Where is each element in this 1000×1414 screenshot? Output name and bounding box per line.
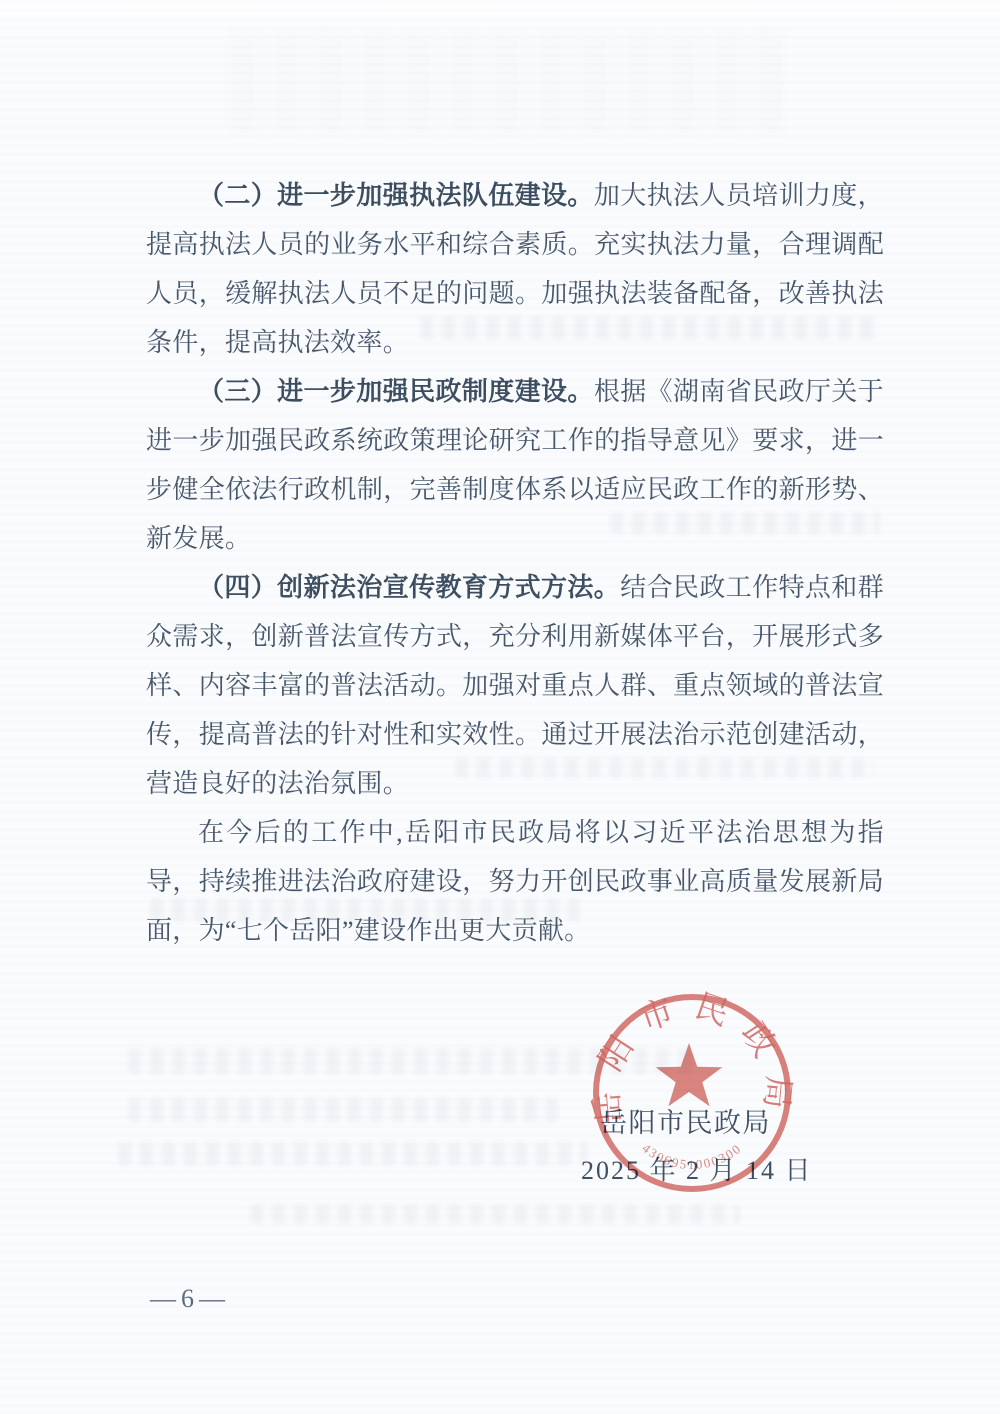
paragraph-heading: （二）进一步加强执法队伍建设。 [198, 181, 594, 210]
bleed-through-artifact [230, 25, 790, 135]
body-paragraph: （三）进一步加强民政制度建设。根据《湖南省民政厅关于进一步加强民政系统政策理论研… [146, 367, 884, 563]
bleed-through-artifact [118, 1142, 588, 1166]
paragraph-heading: （四）创新法治宣传教育方式方法。 [198, 573, 620, 602]
body-paragraph: 在今后的工作中,岳阳市民政局将以习近平法治思想为指导，持续推进法治政府建设，努力… [146, 808, 884, 955]
page-number: —6— [150, 1284, 230, 1314]
paragraph-text: 结合民政工作特点和群众需求，创新普法宣传方式，充分利用新媒体平台，开展形式多样、… [146, 573, 884, 798]
issuer-signature: 岳阳市民政局 [600, 1101, 771, 1140]
issue-date: 2025 年 2 月 14 日 [581, 1150, 813, 1187]
paragraph-text: 在今后的工作中,岳阳市民政局将以习近平法治思想为指导，持续推进法治政府建设，努力… [146, 818, 884, 945]
body-paragraph: （四）创新法治宣传教育方式方法。结合民政工作特点和群众需求，创新普法宣传方式，充… [146, 563, 884, 808]
bleed-through-artifact [128, 1098, 558, 1122]
paragraph-heading: （三）进一步加强民政制度建设。 [198, 377, 594, 406]
document-body: （二）进一步加强执法队伍建设。加大执法人员培训力度，提高执法人员的业务水平和综合… [146, 171, 884, 955]
document-page: （二）进一步加强执法队伍建设。加大执法人员培训力度，提高执法人员的业务水平和综合… [0, 0, 1000, 1414]
bleed-through-artifact [128, 1048, 698, 1074]
body-paragraph: （二）进一步加强执法队伍建设。加大执法人员培训力度，提高执法人员的业务水平和综合… [146, 171, 884, 367]
bleed-through-artifact [250, 1204, 740, 1224]
star-icon [656, 1043, 723, 1106]
